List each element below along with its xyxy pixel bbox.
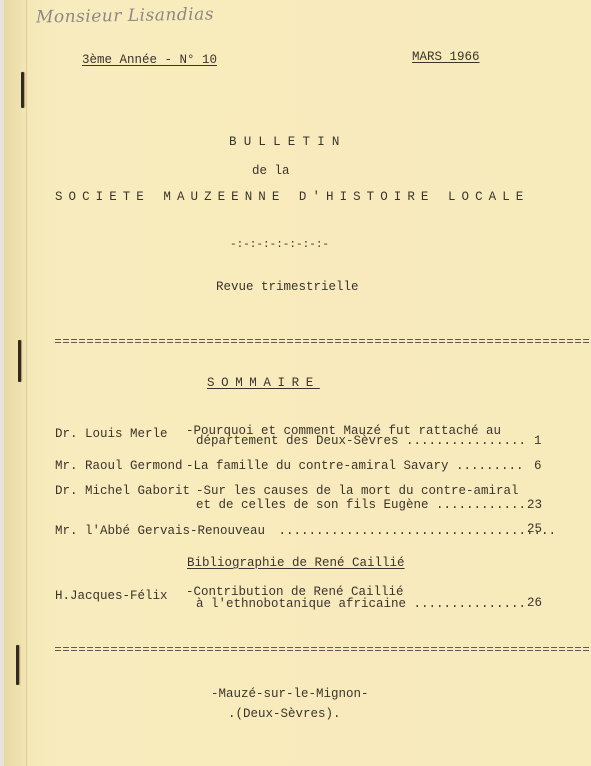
toc-page: 25 [527, 522, 542, 536]
handwritten-note: Monsieur Lisandias [36, 4, 214, 27]
toc-title-cont: département des Deux-Sèvres ............… [196, 434, 526, 448]
toc-page: 23 [527, 498, 542, 512]
toc-title: -La famille du contre-amiral Savary ....… [186, 459, 524, 473]
footer-place: -Mauzé-sur-le-Mignon- [211, 687, 369, 701]
society-name: SOCIETE MAUZEENNE D'HISTOIRE LOCALE [55, 190, 529, 204]
issue-number: 3ème Année - N° 10 [82, 53, 217, 67]
toc-title: ..................................... [271, 524, 556, 538]
toc-title-cont: et de celles de son fils Eugène ........… [196, 498, 526, 512]
bulletin-title: BULLETIN [229, 135, 347, 149]
staple-icon [21, 72, 24, 108]
divider-bottom [55, 647, 591, 652]
toc-author: Mr. Raoul Germond [55, 459, 183, 473]
toc-author: Dr. Michel Gaborit [55, 484, 190, 498]
toc-page: 26 [527, 596, 542, 610]
toc-page: 6 [534, 459, 542, 473]
toc-page: 1 [534, 434, 542, 448]
document-page: Monsieur Lisandias 3ème Année - N° 10 MA… [0, 0, 591, 766]
sommaire-heading: SOMMAIRE [207, 376, 320, 390]
toc-author: H.Jacques-Félix [55, 589, 168, 603]
staple-icon [18, 340, 21, 382]
divider-top [55, 339, 591, 344]
toc-title-cont: à l'ethnobotanique africaine ...........… [196, 597, 526, 611]
footer-region: .(Deux-Sèvres). [228, 707, 341, 721]
toc-title: -Sur les causes de la mort du contre-ami… [196, 484, 519, 498]
subtitle: Revue trimestrielle [216, 280, 359, 294]
toc-author: Mr. l'Abbé Gervais-Renouveau [55, 524, 265, 538]
issue-date: MARS 1966 [412, 50, 480, 64]
title-connector: de la [252, 164, 290, 178]
toc-author: Dr. Louis Merle [55, 427, 168, 441]
title-ornament: -:-:-:-:-:-:-:- [230, 239, 329, 251]
bibliography-heading: Bibliographie de René Caillié [187, 556, 405, 570]
staple-icon [16, 645, 19, 685]
